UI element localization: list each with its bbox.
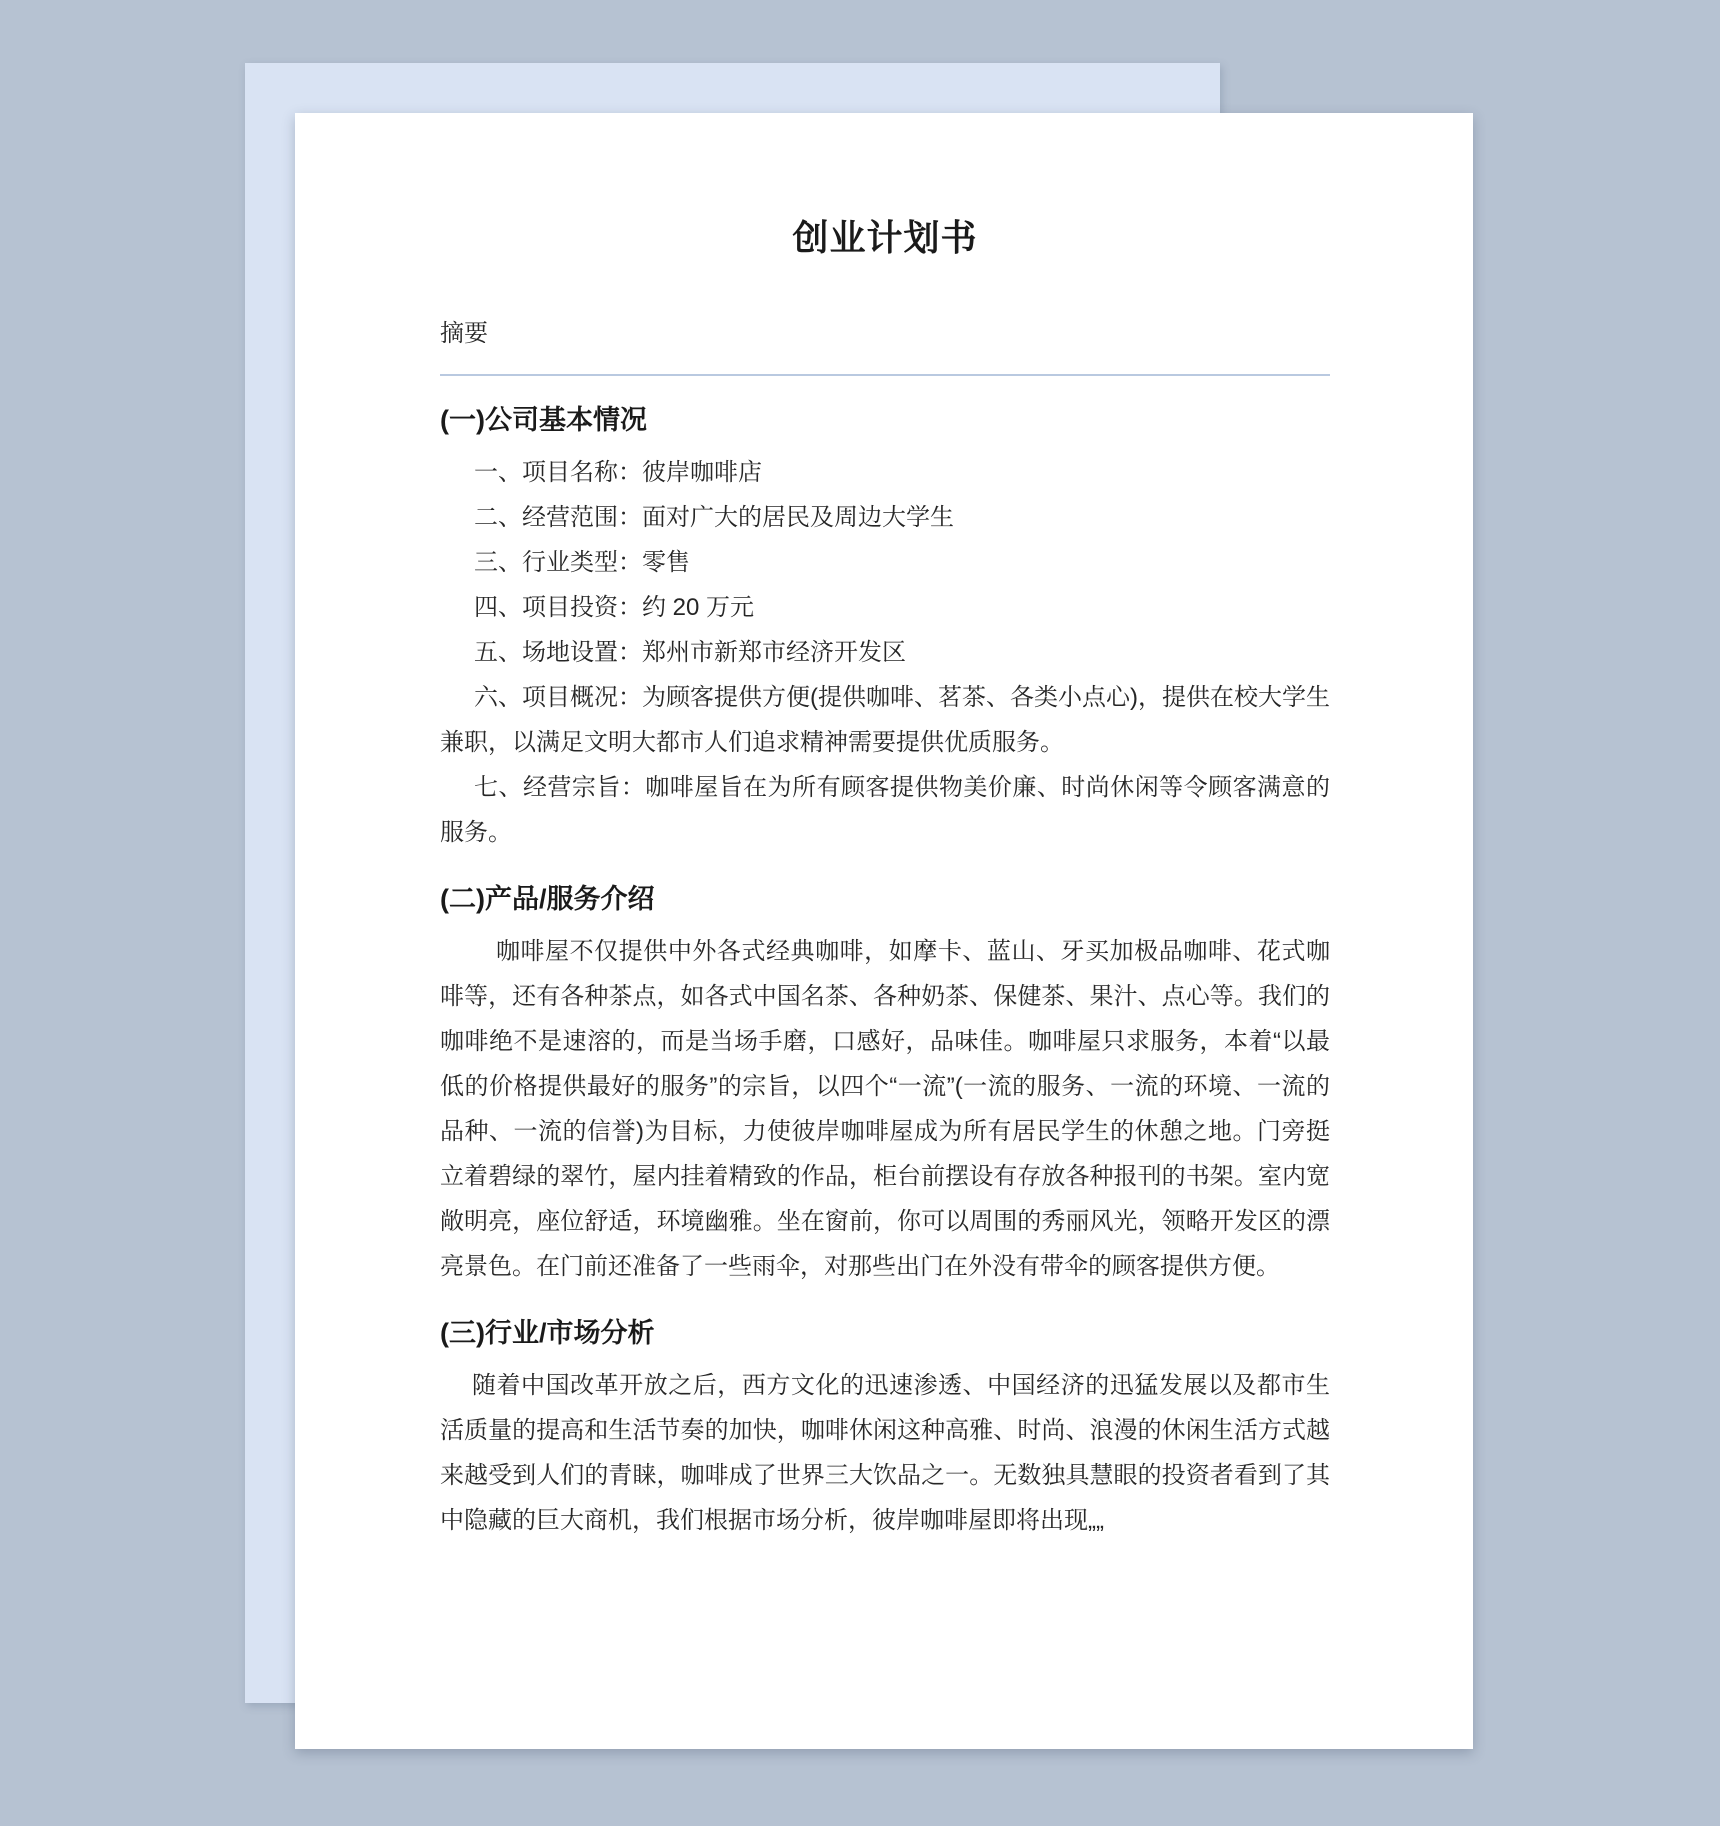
section-heading-product-service: (二)产品/服务介绍	[440, 879, 1330, 919]
document-page: 创业计划书 摘要 (一)公司基本情况 一、项目名称：彼岸咖啡店 二、经营范围：面…	[295, 113, 1473, 1749]
list-item: 二、经营范围：面对广大的居民及周边大学生	[440, 495, 1330, 540]
section-heading-company-basics: (一)公司基本情况	[440, 400, 1330, 440]
list-item: 三、行业类型：零售	[440, 540, 1330, 585]
list-item: 四、项目投资：约 20 万元	[440, 585, 1330, 630]
abstract-label: 摘要	[440, 311, 1330, 356]
list-item: 六、项目概况：为顾客提供方便(提供咖啡、茗茶、各类小点心)，提供在校大学生兼职，…	[440, 675, 1330, 765]
body-paragraph: 咖啡屋不仅提供中外各式经典咖啡，如摩卡、蓝山、牙买加极品咖啡、花式咖啡等，还有各…	[440, 929, 1330, 1289]
divider	[440, 374, 1330, 376]
body-paragraph: 随着中国改革开放之后，西方文化的迅速渗透、中国经济的迅猛发展以及都市生活质量的提…	[440, 1363, 1330, 1543]
list-item: 五、场地设置：郑州市新郑市经济开发区	[440, 630, 1330, 675]
desktop-background: { "document": { "title": "创业计划书", "abstr…	[0, 0, 1720, 1826]
document-content: 创业计划书 摘要 (一)公司基本情况 一、项目名称：彼岸咖啡店 二、经营范围：面…	[440, 113, 1330, 1543]
list-item: 一、项目名称：彼岸咖啡店	[440, 450, 1330, 495]
list-item: 七、经营宗旨：咖啡屋旨在为所有顾客提供物美价廉、时尚休闲等令顾客满意的服务。	[440, 765, 1330, 855]
page-title: 创业计划书	[440, 213, 1330, 263]
section-heading-market-analysis: (三)行业/市场分析	[440, 1313, 1330, 1353]
